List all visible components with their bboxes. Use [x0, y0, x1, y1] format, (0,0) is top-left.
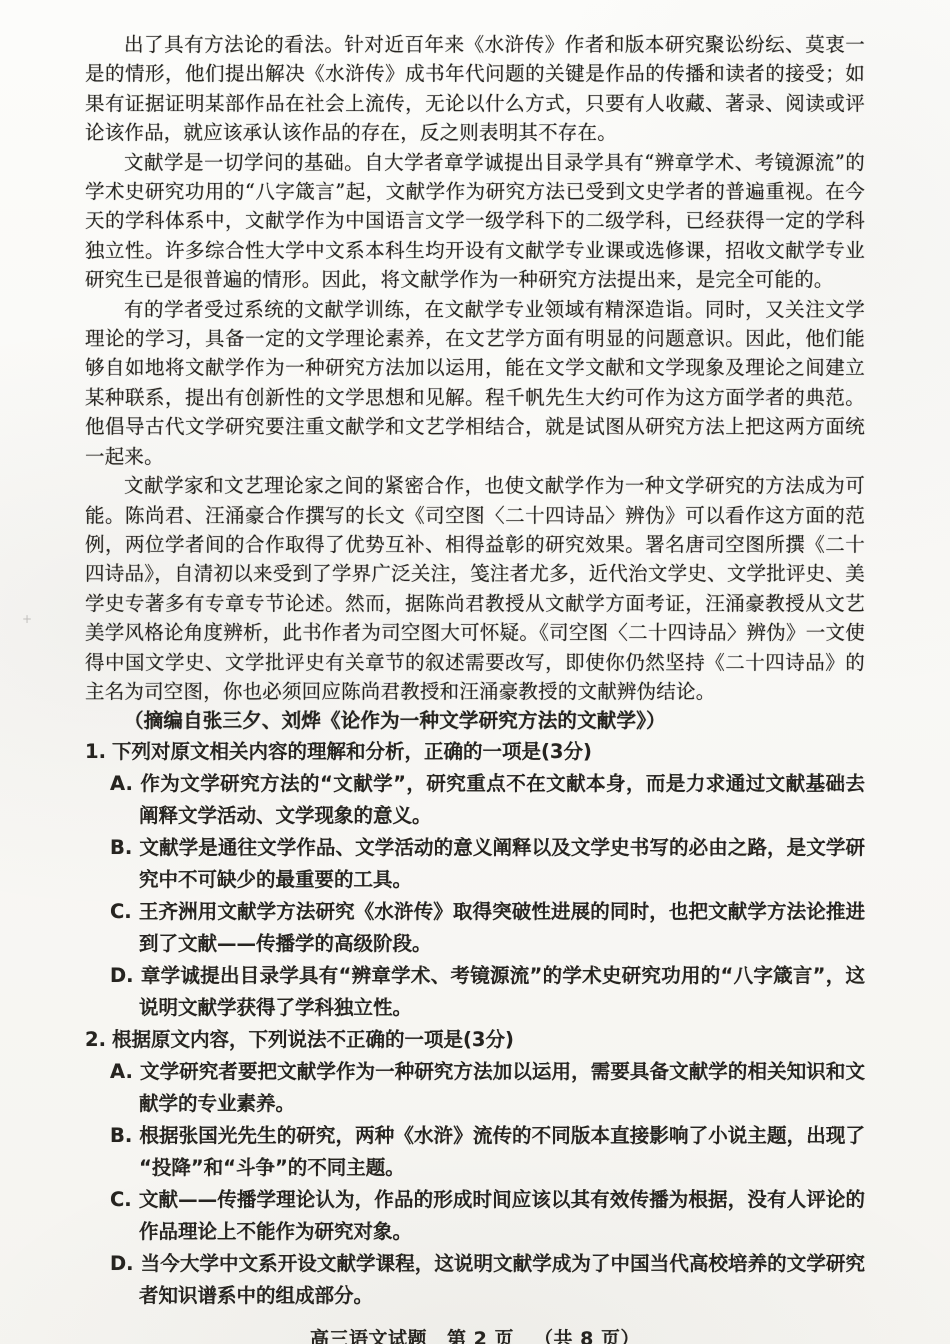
question-1-option-a: A.作为文学研究方法的“文献学”，研究重点不在文献本身，而是力求通过文献基础去阐… [110, 768, 865, 832]
question-1-option-d: D.章学诚提出目录学具有“辨章学术、考镜源流”的学术史研究功用的“八字箴言”，这… [110, 960, 865, 1024]
exam-page: + 出了具有方法论的看法。针对近百年来《水浒传》作者和版本研究聚讼纷纭、莫衷一是… [0, 0, 950, 1344]
option-text-a: 作为文学研究方法的“文献学”，研究重点不在文献本身，而是力求通过文献基础去阐释文… [139, 772, 865, 827]
option-label-d: D. [110, 1252, 134, 1275]
option-text-c: 王齐洲用文献学方法研究《水浒传》取得突破性进展的同时，也把文献学方法论推进到了文… [139, 900, 865, 955]
option-label-c: C. [110, 900, 132, 923]
question-2-stem-text: 根据原文内容，下列说法不正确的一项是(3分) [112, 1028, 514, 1051]
option-label-a: A. [110, 772, 133, 795]
question-2-option-d: D.当今大学中文系开设文献学课程，这说明文献学成为了中国当代高校培养的文学研究者… [110, 1248, 865, 1312]
option-text-d: 章学诚提出目录学具有“辨章学术、考镜源流”的学术史研究功用的“八字箴言”，这说明… [139, 964, 865, 1019]
option-label-d: D. [110, 964, 134, 987]
passage-paragraph-4: 文献学家和文艺理论家之间的紧密合作，也使文献学作为一种文学研究的方法成为可能。陈… [85, 471, 865, 706]
option-text-d: 当今大学中文系开设文献学课程，这说明文献学成为了中国当代高校培养的文学研究者知识… [139, 1252, 865, 1307]
option-label-a: A. [110, 1060, 133, 1083]
question-1-option-c: C.王齐洲用文献学方法研究《水浒传》取得突破性进展的同时，也把文献学方法论推进到… [110, 896, 865, 960]
question-2-number: 2. [85, 1028, 106, 1051]
option-text-b: 根据张国光先生的研究，两种《水浒》流传的不同版本直接影响了小说主题，出现了“投降… [139, 1124, 865, 1179]
scan-artifact-speck: + [22, 612, 32, 626]
question-1-number: 1. [85, 740, 106, 763]
question-1-option-b: B.文献学是通往文学作品、文学活动的意义阐释以及文学史书写的必由之路，是文学研究… [110, 832, 865, 896]
question-2-stem: 2.根据原文内容，下列说法不正确的一项是(3分) [85, 1024, 865, 1056]
question-1: 1.下列对原文相关内容的理解和分析，正确的一项是(3分) A.作为文学研究方法的… [85, 736, 865, 1024]
question-2: 2.根据原文内容，下列说法不正确的一项是(3分) A.文学研究者要把文献学作为一… [85, 1024, 865, 1312]
passage-attribution: （摘编自张三夕、刘烨《论作为一种文学研究方法的文献学》） [85, 706, 865, 735]
question-1-stem-text: 下列对原文相关内容的理解和分析，正确的一项是(3分) [112, 740, 592, 763]
question-2-option-c: C.文献——传播学理论认为，作品的形成时间应该以其有效传播为根据，没有人评论的作… [110, 1184, 865, 1248]
footer-total-pages: （共 8 页） [534, 1328, 640, 1344]
passage-paragraph-3: 有的学者受过系统的文献学训练，在文献学专业领域有精深造诣。同时，又关注文学理论的… [85, 295, 865, 471]
passage-paragraph-2: 文献学是一切学问的基础。自大学者章学诚提出目录学具有“辨章学术、考镜源流”的学术… [85, 148, 865, 295]
option-label-c: C. [110, 1188, 132, 1211]
question-1-stem: 1.下列对原文相关内容的理解和分析，正确的一项是(3分) [85, 736, 865, 768]
passage-paragraph-1: 出了具有方法论的看法。针对近百年来《水浒传》作者和版本研究聚讼纷纭、莫衷一是的情… [85, 30, 865, 148]
page-footer: 高三语文试题第 2 页（共 8 页） [85, 1324, 865, 1344]
option-text-a: 文学研究者要把文献学作为一种研究方法加以运用，需要具备文献学的相关知识和文献学的… [139, 1060, 865, 1115]
reading-passage: 出了具有方法论的看法。针对近百年来《水浒传》作者和版本研究聚讼纷纭、莫衷一是的情… [85, 30, 865, 736]
question-2-option-b: B.根据张国光先生的研究，两种《水浒》流传的不同版本直接影响了小说主题，出现了“… [110, 1120, 865, 1184]
question-2-option-a: A.文学研究者要把文献学作为一种研究方法加以运用，需要具备文献学的相关知识和文献… [110, 1056, 865, 1120]
footer-exam-title: 高三语文试题 [310, 1328, 427, 1344]
option-label-b: B. [110, 836, 132, 859]
option-text-b: 文献学是通往文学作品、文学活动的意义阐释以及文学史书写的必由之路，是文学研究中不… [139, 836, 865, 891]
option-text-c: 文献——传播学理论认为，作品的形成时间应该以其有效传播为根据，没有人评论的作品理… [139, 1188, 865, 1243]
option-label-b: B. [110, 1124, 132, 1147]
footer-page-number: 第 2 页 [447, 1328, 514, 1344]
